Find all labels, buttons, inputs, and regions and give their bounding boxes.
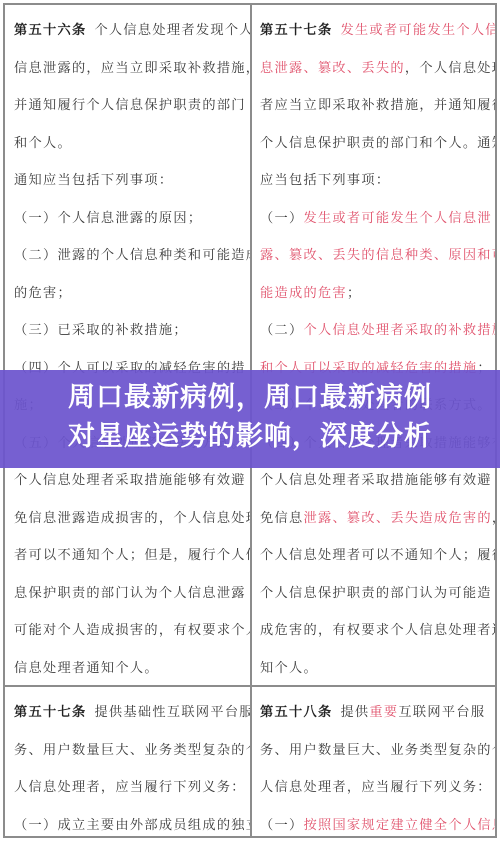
body-text: 的危害； [14,286,72,301]
text-line: （二）泄露的个人信息种类和可能造成 [14,237,242,275]
body-text: ， [492,511,495,526]
text-line: 免信息泄露、篡改、丢失造成危害的， [260,500,487,538]
body-text: 个人信息处理者采取措施能够有效避 [260,473,492,488]
text-line: 个人信息保护职责的部门和个人。通知 [260,125,487,163]
body-text: 信息处理者通知个人。 [14,661,159,676]
body-text: 和个人。 [14,136,72,151]
cell-article-57-new: 第五十七条发生或者可能发生个人信息泄露、篡改、丢失的，个人信息处理者应当立即采取… [250,5,495,685]
table-row: 第五十七条提供基础性互联网平台服务、用户数量巨大、业务类型复杂的个人信息处理者，… [5,685,495,836]
text-line: （一）成立主要由外部成员组成的独立 [14,807,242,837]
body-text: 可能对个人造成损害的，有权要求个人 [14,623,250,638]
text-line: 人信息处理者，应当履行下列义务： [260,769,487,807]
text-line: 的危害； [14,275,242,313]
body-text: 提供 [340,705,369,720]
headline-banner: 周口最新病例，周口最新病例 对星座运势的影响，深度分析 [0,370,500,468]
text-line: 通知应当包括下列事项： [14,162,242,200]
text-line: 者可以不通知个人；但是，履行个人信 [14,537,242,575]
article-number: 第五十六条 [14,23,86,38]
body-text: 个人信息保护职责的部门和个人。通知 [260,136,495,151]
article-number: 第五十八条 [260,705,332,720]
body-text: 个人信息处理者可以不通知个人；履行 [260,548,495,563]
body-text: 者可以不通知个人；但是，履行个人信 [14,548,250,563]
text-line: 人信息处理者，应当履行下列义务： [14,769,242,807]
text-line: 免信息泄露造成损害的，个人信息处理 [14,500,242,538]
body-text: 通知应当包括下列事项： [14,173,173,188]
text-line: 和个人。 [14,125,242,163]
cell-article-56-old: 第五十六条个人信息处理者发现个人信息泄露的，应当立即采取补救措施，并通知履行个人… [5,5,250,685]
highlighted-text: 发生或者可能发生个人信息泄 [303,211,491,226]
body-text: （二） [260,323,303,338]
text-line: 第五十六条个人信息处理者发现个人 [14,12,242,50]
text-line: 息保护职责的部门认为个人信息泄露 [14,575,242,613]
body-text: 人信息处理者，应当履行下列义务： [260,780,492,795]
body-text: 息保护职责的部门认为个人信息泄露 [14,586,246,601]
text-line: （一）个人信息泄露的原因； [14,200,242,238]
text-line: 能造成的危害； [260,275,487,313]
body-text: （一） [260,211,303,226]
article-number: 第五十七条 [260,23,332,38]
body-text: （一）个人信息泄露的原因； [14,211,202,226]
body-text: 知个人。 [260,661,318,676]
highlighted-text: 重要 [369,705,398,720]
body-text: 务、用户数量巨大、业务类型复杂的个 [14,743,250,758]
headline-line-1: 周口最新病例，周口最新病例 [0,381,500,415]
text-line: （一）发生或者可能发生个人信息泄 [260,200,487,238]
cell-article-57-old: 第五十七条提供基础性互联网平台服务、用户数量巨大、业务类型复杂的个人信息处理者，… [5,687,250,836]
article-number: 第五十七条 [14,705,86,720]
highlighted-text: 个人信息处理者采取的补救措施 [303,323,495,338]
text-line: （二）个人信息处理者采取的补救措施 [260,312,487,350]
table-row: 第五十六条个人信息处理者发现个人信息泄露的，应当立即采取补救措施，并通知履行个人… [5,5,495,685]
highlighted-text: 露、篡改、丢失的信息种类、原因和可 [260,248,495,263]
cell-article-58-new: 第五十八条提供重要互联网平台服务、用户数量巨大、业务类型复杂的个人信息处理者，应… [250,687,495,836]
body-text: 务、用户数量巨大、业务类型复杂的个 [260,743,495,758]
text-line: 息泄露、篡改、丢失的，个人信息处理 [260,50,487,88]
text-line: （一）按照国家规定建立健全个人信息 [260,807,487,837]
text-line: 者应当立即采取补救措施，并通知履行 [260,87,487,125]
text-line: 成危害的，有权要求个人信息处理者通 [260,612,487,650]
text-line: 个人信息处理者可以不通知个人；履行 [260,537,487,575]
text-line: 知个人。 [260,650,487,686]
body-text: 个人信息处理者采取措施能够有效避 [14,473,246,488]
body-text: 信息泄露的，应当立即采取补救措施， [14,61,250,76]
body-text: 个人信息处理者发现个人 [94,23,250,38]
body-text: ； [347,286,362,301]
body-text: 免信息 [260,511,303,526]
highlighted-text: 能造成的危害 [260,286,347,301]
body-text: （二）泄露的个人信息种类和可能造成 [14,248,250,263]
text-line: 应当包括下列事项： [260,162,487,200]
body-text: 成危害的，有权要求个人信息处理者通 [260,623,495,638]
text-line: 个人信息保护职责的部门认为可能造 [260,575,487,613]
body-text: 免信息泄露造成损害的，个人信息处理 [14,511,250,526]
body-text: 者应当立即采取补救措施，并通知履行 [260,98,495,113]
text-line: 信息处理者通知个人。 [14,650,242,686]
text-line: 可能对个人造成损害的，有权要求个人 [14,612,242,650]
text-line: 露、篡改、丢失的信息种类、原因和可 [260,237,487,275]
body-text: （一）成立主要由外部成员组成的独立 [14,818,250,833]
headline-line-2: 对星座运势的影响，深度分析 [0,420,500,454]
text-line: 并通知履行个人信息保护职责的部门 [14,87,242,125]
body-text: ，个人信息处理 [405,61,495,76]
body-text: （三）已采取的补救措施； [14,323,188,338]
highlighted-text: 息泄露、篡改、丢失的 [260,61,405,76]
text-line: 务、用户数量巨大、业务类型复杂的个 [14,732,242,770]
body-text: 个人信息保护职责的部门认为可能造 [260,586,492,601]
text-line: 第五十七条提供基础性互联网平台服 [14,694,242,732]
body-text: 提供基础性互联网平台服 [94,705,250,720]
text-line: 第五十七条发生或者可能发生个人信 [260,12,487,50]
text-line: （三）已采取的补救措施； [14,312,242,350]
body-text: （一） [260,818,303,833]
text-line: 信息泄露的，应当立即采取补救措施， [14,50,242,88]
body-text: 并通知履行个人信息保护职责的部门 [14,98,246,113]
text-line: 第五十八条提供重要互联网平台服 [260,694,487,732]
highlighted-text: 发生或者可能发生个人信 [340,23,495,38]
body-text: 互联网平台服 [398,705,485,720]
highlighted-text: 泄露、篡改、丢失造成危害的 [303,511,491,526]
highlighted-text: 按照国家规定建立健全个人信息 [303,818,495,833]
body-text: 人信息处理者，应当履行下列义务： [14,780,246,795]
text-line: 务、用户数量巨大、业务类型复杂的个 [260,732,487,770]
body-text: 应当包括下列事项： [260,173,390,188]
